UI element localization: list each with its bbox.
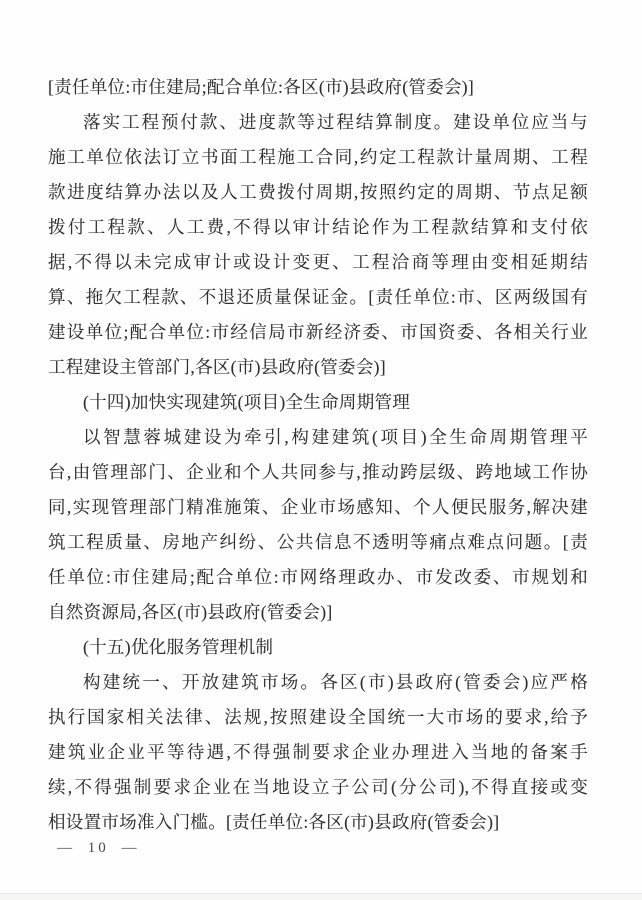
text-line: [责任单位:市住建局;配合单位:各区(市)县政府(管委会)] (48, 70, 588, 105)
text-line: 施工单位依法订立书面工程施工合同,约定工程款计量周期、工程 (48, 140, 588, 175)
text-line: 同,实现管理部门精准施策、企业市场感知、个人便民服务,解决建 (48, 490, 588, 525)
text-line: 以智慧蓉城建设为牵引,构建建筑(项目)全生命周期管理平 (48, 420, 588, 455)
text-line: 建设单位;配合单位:市经信局市新经济委、市国资委、各相关行业 (48, 315, 588, 350)
text-line: 算、拖欠工程款、不退还质量保证金。[责任单位:市、区两级国有 (48, 280, 588, 315)
page-number: — 10 — (57, 836, 140, 860)
text-line: 落实工程预付款、进度款等过程结算制度。建设单位应当与 (48, 105, 588, 140)
text-line: (十四)加快实现建筑(项目)全生命周期管理 (48, 385, 588, 420)
text-line: 构建统一、开放建筑市场。各区(市)县政府(管委会)应严格 (48, 665, 588, 700)
document-page: [责任单位:市住建局;配合单位:各区(市)县政府(管委会)]落实工程预付款、进度… (0, 0, 642, 900)
text-line: 续,不得强制要求企业在当地设立子公司(分公司),不得直接或变 (48, 770, 588, 805)
scan-bottom-edge (0, 893, 642, 900)
text-line: 筑工程质量、房地产纠纷、公共信息不透明等痛点难点问题。[责 (48, 525, 588, 560)
text-line: 执行国家相关法律、法规,按照建设全国统一大市场的要求,给予 (48, 700, 588, 735)
document-body: [责任单位:市住建局;配合单位:各区(市)县政府(管委会)]落实工程预付款、进度… (48, 70, 588, 840)
text-line: 自然资源局,各区(市)县政府(管委会)] (48, 595, 588, 630)
text-line: 台,由管理部门、企业和个人共同参与,推动跨层级、跨地域工作协 (48, 455, 588, 490)
text-line: 工程建设主管部门,各区(市)县政府(管委会)] (48, 350, 588, 385)
text-line: (十五)优化服务管理机制 (48, 630, 588, 665)
text-line: 建筑业企业平等待遇,不得强制要求企业办理进入当地的备案手 (48, 735, 588, 770)
text-line: 据,不得以未完成审计或设计变更、工程洽商等理由变相延期结 (48, 245, 588, 280)
text-line: 相设置市场准入门槛。[责任单位:各区(市)县政府(管委会)] (48, 805, 588, 840)
text-line: 任单位:市住建局;配合单位:市网络理政办、市发改委、市规划和 (48, 560, 588, 595)
text-line: 款进度结算办法以及人工费拨付周期,按照约定的周期、节点足额 (48, 175, 588, 210)
text-line: 拨付工程款、人工费,不得以审计结论作为工程款结算和支付依 (48, 210, 588, 245)
